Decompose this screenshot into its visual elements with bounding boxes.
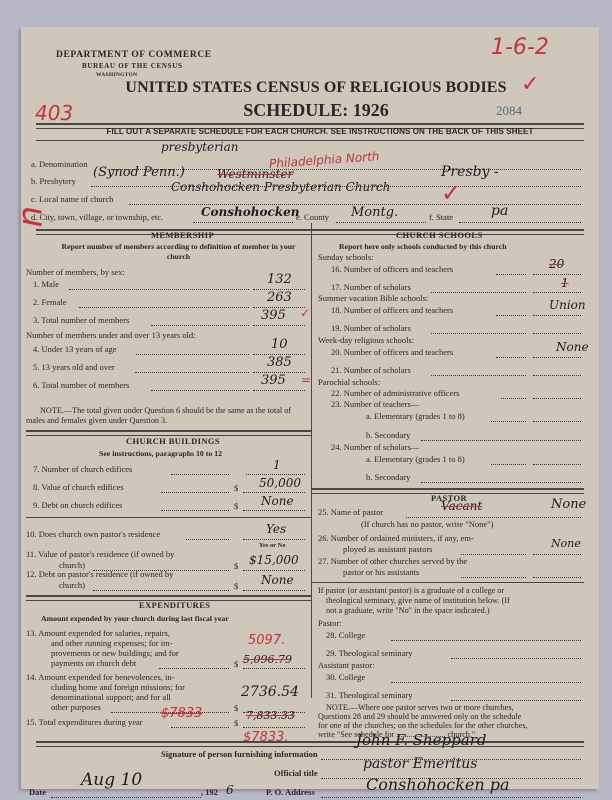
q20-field[interactable]: [533, 357, 581, 358]
residence-debt-label-cont: church): [59, 580, 85, 590]
leader-dots: [69, 289, 249, 290]
county-label: e. County: [296, 212, 329, 222]
state-label: f. State: [429, 212, 453, 222]
pastor-label: Pastor:: [318, 618, 342, 628]
presbytery-extra-value: Presby -: [441, 164, 499, 180]
q13-field[interactable]: [243, 668, 305, 669]
q16-label: 16. Number of officers and teachers: [331, 264, 453, 274]
red-check-mark-icon: ✓: [521, 72, 539, 97]
q20-value: None: [556, 340, 589, 354]
under-13-label: 4. Under 13 years of age: [33, 344, 117, 354]
official-title-value: pastor Emeritus: [363, 756, 477, 772]
edifices-value-field[interactable]: [243, 492, 305, 493]
leader-dots: [496, 315, 526, 316]
q28-label: 28. College: [326, 630, 365, 640]
owns-residence-label: 10. Does church own pastor's residence: [26, 529, 160, 539]
q24a-field[interactable]: [533, 464, 581, 465]
residence-debt-label: 12. Debt on pastor's residence (if owned…: [26, 569, 173, 579]
leader-dots: [171, 727, 229, 728]
dollar-sign: $: [234, 483, 238, 493]
q28-field[interactable]: [391, 640, 581, 641]
q14-label-2: cluding home and foreign missions; for: [51, 682, 185, 692]
county-value: Montg.: [351, 205, 398, 220]
pastor-divider: [311, 582, 584, 583]
red-code-left: 403: [35, 101, 73, 125]
q15-label: 15. Total expenditures during year: [26, 717, 143, 727]
q13-label-4: payments on church debt: [51, 658, 136, 668]
male-value: 132: [267, 272, 292, 287]
q25-field[interactable]: [406, 517, 581, 518]
q23b-label: b. Secondary: [366, 430, 410, 440]
edifices-count-value: 1: [273, 458, 281, 472]
q19-field[interactable]: [533, 333, 581, 334]
serial-number: 2084: [496, 103, 522, 119]
year-prefix: , 192: [201, 787, 218, 797]
q22-label: 22. Number of administrative officers: [331, 388, 460, 398]
q15-field[interactable]: [243, 727, 305, 728]
graduate-note-2: theological seminary, give name of insti…: [326, 596, 510, 605]
buildings-subdivider: [26, 517, 311, 518]
female-value: 263: [267, 290, 292, 305]
red-mark: =: [301, 373, 311, 387]
schools-title: CHURCH SCHOOLS: [396, 230, 483, 240]
membership-title: MEMBERSHIP: [151, 230, 214, 240]
q30-label: 30. College: [326, 672, 365, 682]
column-divider: [311, 223, 312, 698]
pastor-note-3: for one of the churches; on the schedule…: [318, 721, 528, 730]
po-address-value: Conshohocken pa: [366, 775, 510, 794]
year-suffix: 6: [226, 783, 234, 797]
date-label: Date: [29, 787, 46, 797]
graduate-note-3: not a graduate, write "No" in the space …: [326, 606, 490, 615]
schools-subtitle: Report here only schools conducted by th…: [339, 242, 507, 251]
graduate-note-1: If pastor (or assistant pastor) is a gra…: [318, 586, 504, 595]
state-field[interactable]: [459, 222, 581, 223]
q16-field[interactable]: [533, 274, 581, 275]
edifices-count-label: 7. Number of church edifices: [33, 464, 132, 474]
q24b-label: b. Secondary: [366, 472, 410, 482]
dollar-sign: $: [234, 501, 238, 511]
total-members-age-field[interactable]: [253, 390, 305, 391]
presbytery-label: b. Presbytery: [31, 176, 76, 186]
pastor-note-2: Questions 28 and 29 should be answered o…: [318, 712, 521, 721]
identity-divider: [36, 229, 584, 235]
total-members-age-value: 395: [261, 373, 286, 388]
dollar-sign: $: [234, 659, 238, 669]
census-schedule-page: DEPARTMENT OF COMMERCE BUREAU OF THE CEN…: [21, 27, 599, 789]
owns-residence-field[interactable]: [243, 539, 305, 540]
membership-note: NOTE.—The total given under Question 6 s…: [26, 406, 306, 426]
q14-label-1: 14. Amount expended for benevolences, in…: [26, 672, 174, 682]
leader-dots: [159, 668, 229, 669]
q24-label: 24. Number of scholars—: [331, 442, 419, 452]
q14-label-3: denominational support; and for all: [51, 692, 171, 702]
edifices-value-value: 50,000: [259, 476, 301, 490]
leader-dots: [496, 274, 526, 275]
q18-label: 18. Number of officers and teachers: [331, 305, 453, 315]
leader-dots: [461, 577, 526, 578]
yes-no-hint: Yes or No: [259, 542, 286, 549]
q14-label-4: other purposes: [51, 702, 101, 712]
q27-label: 27. Number of other churches served by t…: [318, 556, 467, 566]
q26-value: None: [551, 537, 581, 550]
membership-subtitle: Report number of members according to de…: [51, 242, 306, 262]
presbytery-synod-value: (Synod Penn.): [93, 165, 185, 180]
buildings-title: CHURCH BUILDINGS: [126, 436, 220, 446]
q21-field[interactable]: [533, 375, 581, 376]
total-members-value: 395: [261, 308, 286, 323]
under-13-value: 10: [271, 337, 288, 352]
edifices-debt-field[interactable]: [243, 510, 305, 511]
q23b-field[interactable]: [421, 440, 581, 441]
po-address-label: P. O. Address: [266, 787, 315, 797]
bureau-location: WASHINGTON: [96, 72, 137, 78]
q26-label-cont: ployed as assistant pastors: [343, 544, 432, 554]
denomination-value: presbyterian: [161, 140, 239, 154]
weekday-schools-label: Week-day religious schools:: [318, 335, 414, 345]
q31-field[interactable]: [451, 700, 581, 701]
date-field[interactable]: [51, 797, 201, 798]
footer-divider: [36, 741, 584, 747]
state-value: pa: [491, 203, 508, 219]
leader-dots: [93, 590, 229, 591]
department-name: DEPARTMENT OF COMMERCE: [56, 50, 212, 60]
dollar-sign: $: [234, 561, 238, 571]
parochial-schools-label: Parochial schools:: [318, 377, 380, 387]
edifices-debt-value: None: [261, 494, 294, 508]
leader-dots: [461, 554, 526, 555]
sunday-schools-label: Sunday schools:: [318, 252, 374, 262]
q23a-field[interactable]: [533, 421, 581, 422]
q24b-field[interactable]: [421, 482, 581, 483]
residence-value-label: 11. Value of pastor's residence (if owne…: [26, 549, 174, 559]
q24a-label: a. Elementary (grades 1 to 8): [366, 454, 465, 464]
q23-label: 23. Number of teachers—: [331, 399, 419, 409]
expenditures-title: EXPENDITURES: [139, 600, 210, 610]
q29-field[interactable]: [451, 658, 581, 659]
city-label: d. City, town, village, or township, etc…: [31, 212, 163, 222]
q18-field[interactable]: [533, 315, 581, 316]
red-code-top: 1-6-2: [491, 35, 549, 60]
q13-label-1: 13. Amount expended for salaries, repair…: [26, 628, 170, 638]
form-title: UNITED STATES CENSUS OF RELIGIOUS BODIES: [21, 79, 581, 97]
date-value: Aug 10: [81, 770, 142, 790]
q27-field[interactable]: [533, 577, 581, 578]
leader-dots: [79, 307, 249, 308]
over-13-label: 5. 13 years old and over: [33, 362, 115, 372]
church-name-label: c. Local name of church: [31, 194, 113, 204]
q17-label: 17. Number of scholars: [331, 282, 411, 292]
church-name-value: Conshohocken Presbyterian Church: [171, 180, 390, 194]
leader-dots: [501, 398, 526, 399]
po-address-field[interactable]: [321, 797, 581, 798]
leader-dots: [136, 354, 249, 355]
residence-debt-field[interactable]: [243, 590, 305, 591]
leader-dots: [171, 474, 229, 475]
denomination-label: a. Denomination: [31, 159, 88, 169]
q30-field[interactable]: [391, 682, 581, 683]
leader-dots: [496, 357, 526, 358]
q13-label-2: and other running expenses; for im-: [51, 638, 173, 648]
female-label: 2. Female: [33, 297, 67, 307]
leader-dots: [491, 421, 526, 422]
members-by-age-label: Number of members under and over 13 year…: [26, 330, 195, 340]
official-title-label: Official title: [274, 768, 318, 778]
q18-value: Union: [549, 298, 586, 312]
q23a-label: a. Elementary (grades 1 to 8): [366, 411, 465, 421]
residence-value-value: $15,000: [249, 553, 299, 567]
total-members-age-label: 6. Total number of members: [33, 380, 129, 390]
dollar-sign: $: [234, 581, 238, 591]
owns-residence-value: Yes: [266, 522, 286, 536]
leader-dots: [491, 464, 526, 465]
leader-dots: [135, 372, 249, 373]
q17-field[interactable]: [533, 292, 581, 293]
red-check-mark-icon: ✓: [441, 179, 461, 207]
q27-label-cont: pastor or his assistants: [343, 567, 419, 577]
q22-field[interactable]: [533, 398, 581, 399]
q29-label: 29. Theological seminary: [326, 648, 412, 658]
male-label: 1. Male: [33, 279, 59, 289]
residence-value-field[interactable]: [243, 570, 305, 571]
instruction-divider: [36, 140, 584, 141]
buildings-subtitle: See instructions, paragraphs 10 to 12: [99, 449, 222, 458]
q17-value: 1: [561, 276, 569, 290]
q13-red-correction: 5097.: [248, 633, 285, 648]
signature-value: John F. Sheppard: [356, 731, 486, 749]
leader-dots: [161, 510, 229, 511]
leader-dots: [431, 333, 526, 334]
city-value: Conshohocken: [201, 205, 299, 219]
instruction-banner: FILL OUT A SEPARATE SCHEDULE FOR EACH CH…: [21, 127, 599, 136]
leader-dots: [431, 292, 526, 293]
presbytery-red-correction: Philadelphia North: [269, 149, 380, 171]
residence-debt-value: None: [261, 573, 294, 587]
q25-value: Vacant: [441, 499, 482, 513]
q26-field[interactable]: [533, 554, 581, 555]
over-13-value: 385: [267, 355, 292, 370]
q25-value-2: None: [551, 497, 586, 512]
leader-dots: [431, 375, 526, 376]
dollar-sign: $: [234, 718, 238, 728]
q19-label: 19. Number of scholars: [331, 323, 411, 333]
dollar-sign: $: [234, 703, 238, 713]
red-check-mark-icon: ✓: [300, 306, 310, 320]
signature-label: Signature of person furnishing informati…: [161, 749, 318, 759]
edifices-debt-label: 9. Debt on church edifices: [33, 500, 122, 510]
assistant-pastor-label: Assistant pastor:: [318, 660, 374, 670]
summer-schools-label: Summer vacation Bible schools:: [318, 293, 428, 303]
q13-label-3: provements or new buildings; and for: [51, 648, 179, 658]
city-field[interactable]: [193, 222, 293, 223]
county-field[interactable]: [336, 222, 426, 223]
pastor-note-1: NOTE.—Where one pastor serves two or mor…: [326, 703, 514, 712]
leader-dots: [151, 325, 249, 326]
q15-red-struck: $7833: [161, 706, 202, 721]
q26-label: 26. Number of ordained ministers, if any…: [318, 533, 474, 543]
leader-dots: [186, 539, 229, 540]
bureau-name: BUREAU OF THE CENSUS: [82, 62, 183, 70]
expenditures-subtitle: Amount expended by your church during la…: [41, 614, 229, 623]
q20-label: 20. Number of officers and teachers: [331, 347, 453, 357]
q21-label: 21. Number of scholars: [331, 365, 411, 375]
edifices-count-field[interactable]: [246, 474, 305, 475]
q13-value: 5,096.79: [243, 653, 292, 666]
q31-label: 31. Theological seminary: [326, 690, 412, 700]
edifices-value-label: 8. Value of church edifices: [33, 482, 124, 492]
q25-hint: (If church has no pastor, write "None"): [361, 519, 493, 529]
total-members-label: 3. Total number of members: [33, 315, 129, 325]
leader-dots: [161, 492, 229, 493]
q16-value: 20: [549, 257, 564, 271]
q15-value: 7,833.33: [246, 709, 295, 722]
total-members-field[interactable]: [253, 325, 305, 326]
members-by-sex-label: Number of members, by sex:: [26, 267, 125, 277]
q25-label: 25. Name of pastor: [318, 507, 383, 517]
leader-dots: [151, 390, 249, 391]
q14-value: 2736.54: [241, 684, 299, 700]
